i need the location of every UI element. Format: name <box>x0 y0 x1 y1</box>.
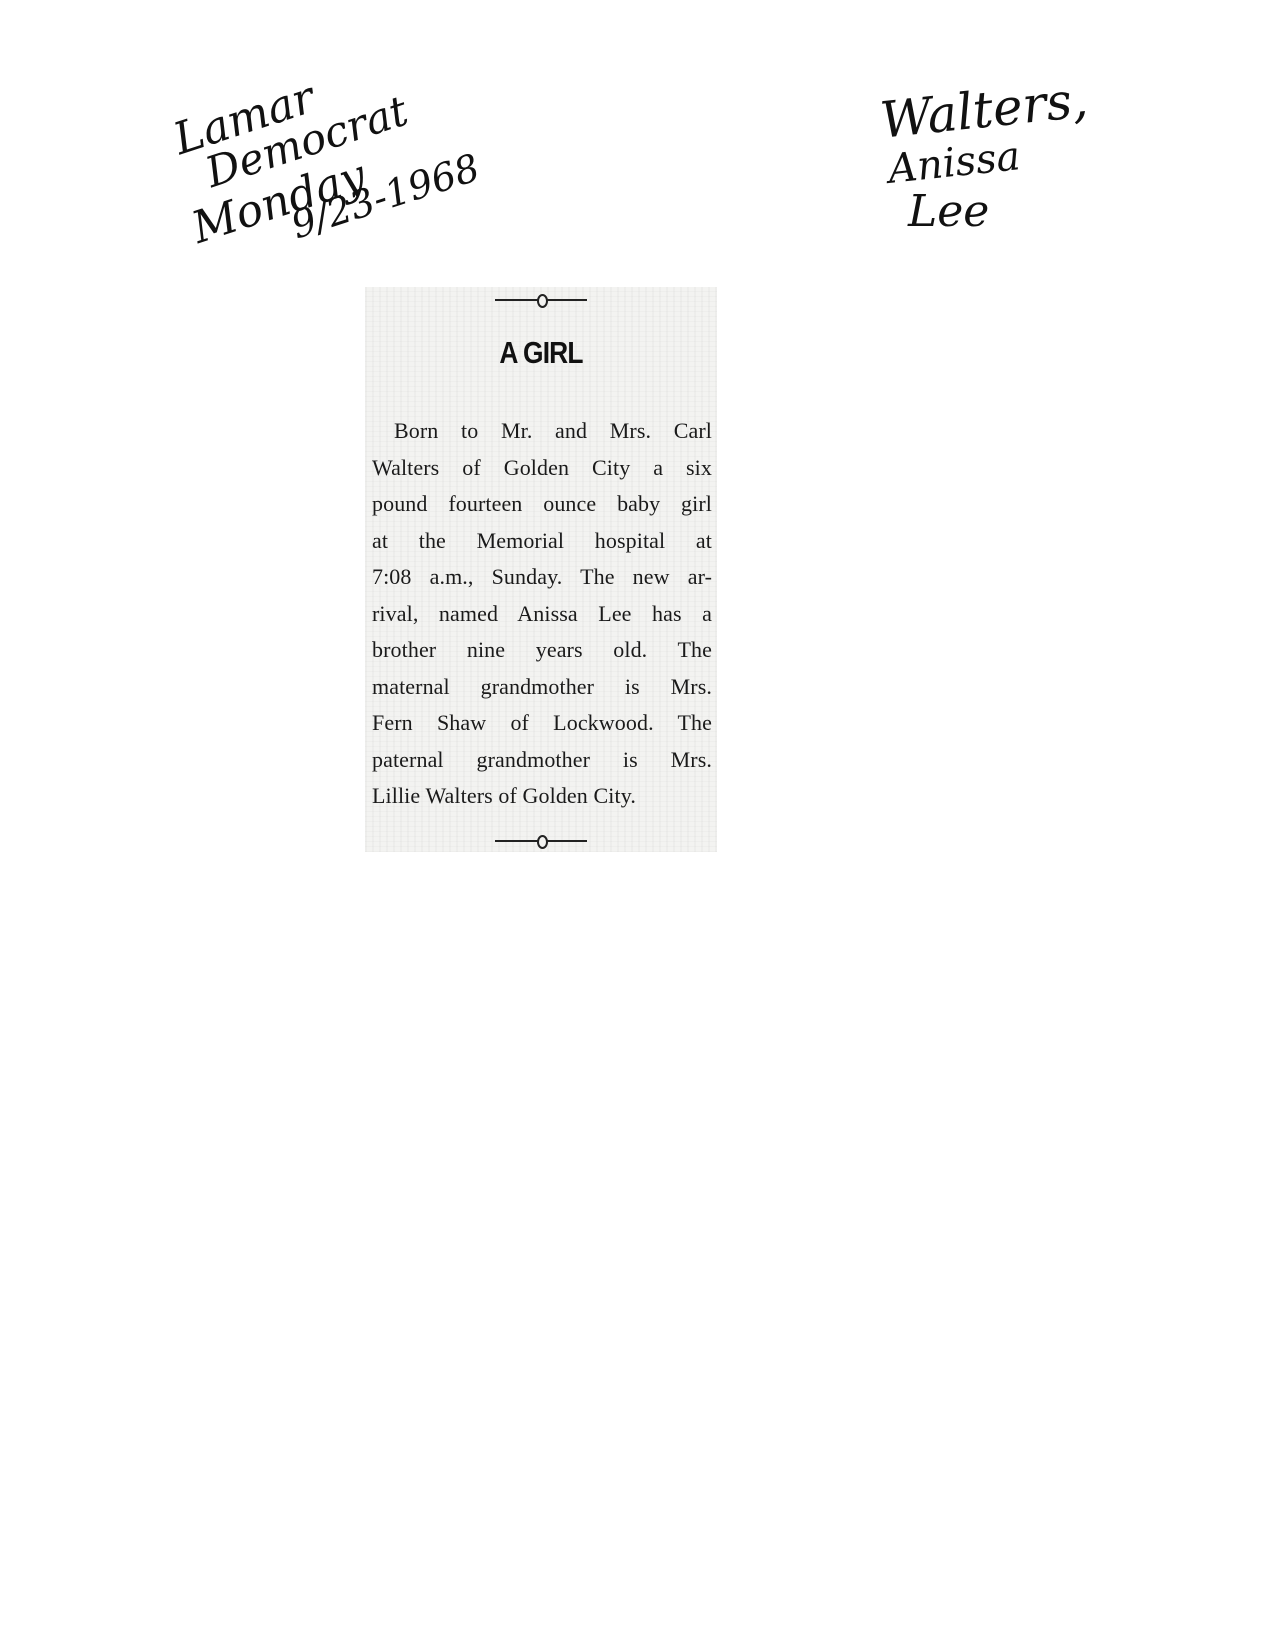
body-line: Born to Mr. and Mrs. Carl <box>372 413 712 450</box>
clipping-body: Born to Mr. and Mrs. Carl Walters of Gol… <box>372 413 712 815</box>
body-line: at the Memorial hospital at <box>372 523 712 560</box>
body-line: brother nine years old. The <box>372 632 712 669</box>
body-line: Lillie Walters of Golden City. <box>372 778 712 815</box>
clipping-headline: A GIRL <box>391 335 690 371</box>
name-note-line: Lee <box>908 190 989 234</box>
body-line: paternal grandmother is Mrs. <box>372 742 712 779</box>
body-line: Walters of Golden City a six <box>372 450 712 487</box>
body-line: 7:08 a.m., Sunday. The new ar- <box>372 559 712 596</box>
divider-ornament-icon <box>495 835 587 847</box>
document-page: Lamar Democrat Monday 9/23-1968 Walters,… <box>0 0 1275 1650</box>
name-note-line: Walters, <box>878 74 1090 145</box>
body-line: maternal grandmother is Mrs. <box>372 669 712 706</box>
body-line: rival, named Anissa Lee has a <box>372 596 712 633</box>
name-note-line: Anissa <box>886 136 1022 190</box>
divider-ornament-icon <box>495 294 587 306</box>
body-line: Fern Shaw of Lockwood. The <box>372 705 712 742</box>
newspaper-clipping: A GIRL Born to Mr. and Mrs. Carl Walters… <box>365 287 717 852</box>
body-line: pound fourteen ounce baby girl <box>372 486 712 523</box>
